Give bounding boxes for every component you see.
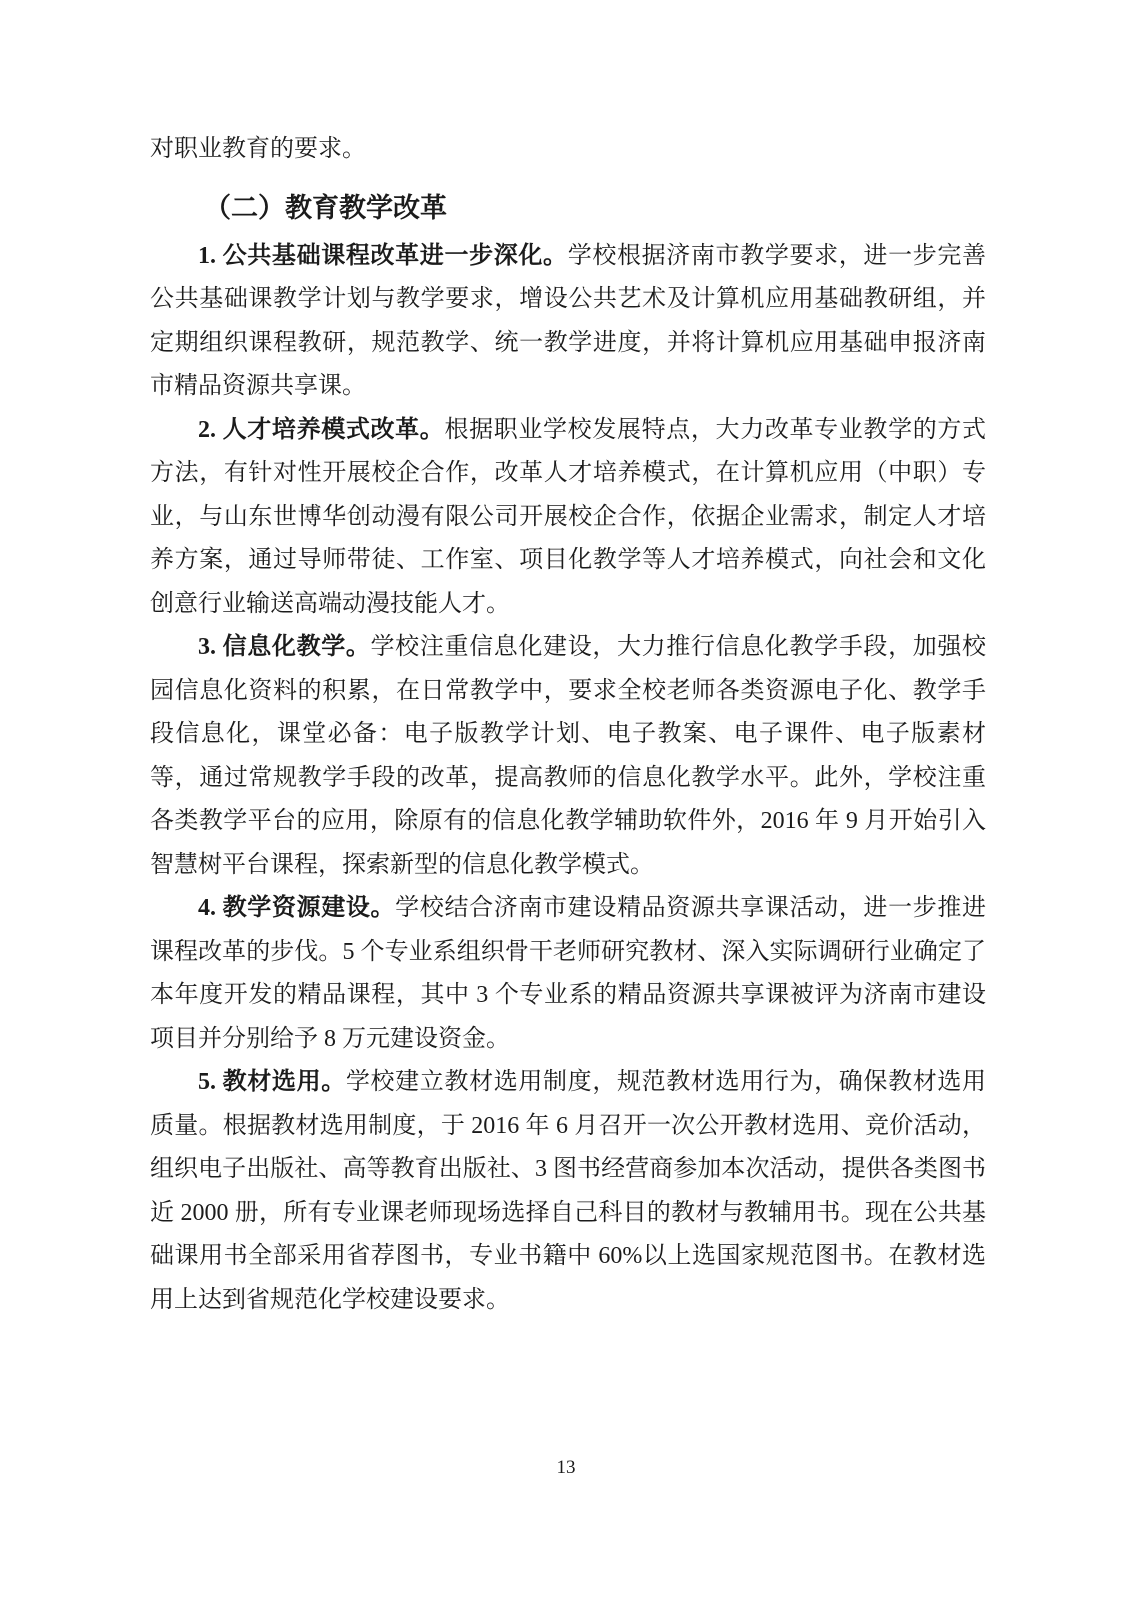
document-page: 对职业教育的要求。 （二）教育教学改革 1. 公共基础课程改革进一步深化。学校根… — [0, 0, 1132, 1600]
section-heading: （二）教育教学改革 — [150, 186, 986, 230]
paragraph-5-lead: 5. 教材选用。 — [198, 1069, 346, 1095]
paragraph-2: 2. 人才培养模式改革。根据职业学校发展特点，大力改革专业教学的方式方法，有针对… — [150, 409, 986, 627]
page-number: 13 — [0, 1456, 1132, 1480]
page-content: 对职业教育的要求。 （二）教育教学改革 1. 公共基础课程改革进一步深化。学校根… — [150, 128, 986, 1322]
paragraph-2-body: 根据职业学校发展特点，大力改革专业教学的方式方法，有针对性开展校企合作，改革人才… — [150, 417, 986, 617]
paragraph-3: 3. 信息化教学。学校注重信息化建设，大力推行信息化教学手段，加强校园信息化资料… — [150, 626, 986, 887]
paragraph-5: 5. 教材选用。学校建立教材选用制度，规范教材选用行为，确保教材选用质量。根据教… — [150, 1061, 986, 1322]
paragraph-2-lead: 2. 人才培养模式改革。 — [198, 417, 444, 443]
paragraph-3-lead: 3. 信息化教学。 — [198, 634, 371, 660]
paragraph-5-body: 学校建立教材选用制度，规范教材选用行为，确保教材选用质量。根据教材选用制度，于 … — [150, 1069, 986, 1313]
paragraph-3-body: 学校注重信息化建设，大力推行信息化教学手段，加强校园信息化资料的积累，在日常教学… — [150, 634, 986, 878]
paragraph-1: 1. 公共基础课程改革进一步深化。学校根据济南市教学要求，进一步完善公共基础课教… — [150, 235, 986, 409]
paragraph-4-lead: 4. 教学资源建设。 — [198, 895, 395, 921]
paragraph-4: 4. 教学资源建设。学校结合济南市建设精品资源共享课活动，进一步推进课程改革的步… — [150, 887, 986, 1061]
continuation-paragraph: 对职业教育的要求。 — [150, 128, 986, 172]
paragraph-1-lead: 1. 公共基础课程改革进一步深化。 — [198, 243, 568, 269]
